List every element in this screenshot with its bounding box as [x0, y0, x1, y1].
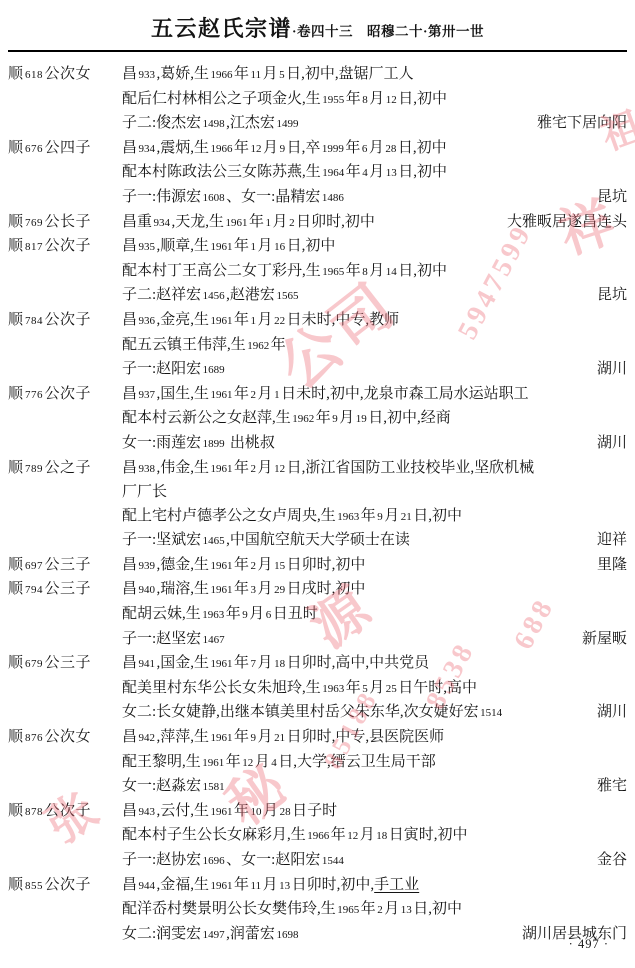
- entry-line: 女一:赵淼宏1581雅宅: [0, 775, 635, 800]
- reference-number: 1689: [201, 364, 226, 376]
- reference-number: 18: [375, 830, 389, 842]
- entry-line: 顺784公次子昌936,金亮,生1961年1月22日未时,中专,教师: [0, 309, 635, 334]
- reference-number: 12: [384, 94, 398, 106]
- residence-note: 大雅畈居遂昌连头: [507, 211, 627, 235]
- entry-line: 顺776公次子昌937,国生,生1961年2月1日未时,初中,龙泉市森工局水运站…: [0, 383, 635, 408]
- entry-label: 顺776公次子: [8, 383, 120, 408]
- entry-line: 配王黎明,生1961年12月4日,大学,缙云卫生局干部: [0, 751, 635, 776]
- reference-number: 22: [273, 315, 287, 327]
- entry-line: 顺769公长子昌重934,天龙,生1961年1月2日卯时,初中大雅畈居遂昌连头: [0, 211, 635, 236]
- entry-line: 配本村云新公之女赵萍,生1962年9月19日,初中,经商: [0, 407, 635, 432]
- page-number: · 497 ·: [569, 937, 609, 952]
- genealogy-entry: 顺876公次女昌942,萍萍,生1961年9月21日卯时,中专,县医院医师配王黎…: [0, 726, 635, 800]
- reference-number: 10: [249, 806, 263, 818]
- reference-number: 9: [249, 732, 258, 744]
- entry-text: 昌937,国生,生1961年2月1日未时,初中,龙泉市森工局水运站职工: [122, 386, 529, 402]
- reference-number: 28: [278, 806, 292, 818]
- reference-number: 12: [249, 143, 263, 155]
- reference-number: 1499: [275, 118, 300, 130]
- entry-text: 昌942,萍萍,生1961年9月21日卯时,中专,县医院医师: [122, 729, 444, 745]
- entry-label: 顺676公四子: [8, 137, 120, 162]
- entry-line: 顺794公三子昌940,瑞溶,生1961年3月29日戌时,初中: [0, 578, 635, 603]
- entry-line: 配美里村东华公长女朱旭玲,生1963年5月25日午时,高中: [0, 677, 635, 702]
- reference-number: 1961: [209, 560, 234, 572]
- entry-text: 子一:坚斌宏1465,中国航空航天大学硕士在读: [122, 532, 410, 548]
- reference-number: 1955: [321, 94, 346, 106]
- reference-number: 5: [278, 69, 287, 81]
- entry-line: 顺878公次子昌943,云付,生1961年10月28日子时: [0, 800, 635, 825]
- entry-line: 顺676公四子昌934,震炳,生1966年12月9日,卒1999年6月28日,初…: [0, 137, 635, 162]
- entry-label: 顺679公三子: [8, 652, 120, 677]
- reference-number: 943: [137, 806, 157, 818]
- reference-number: 1961: [201, 757, 226, 769]
- entry-line: 顺679公三子昌941,国金,生1961年7月18日卯时,高中,中共党员: [0, 652, 635, 677]
- entry-line: 配洋岙村樊景明公长女樊伟玲,生1965年2月13日,初中: [0, 898, 635, 923]
- genealogy-entry: 顺789公之子昌938,伟金,生1961年2月12日,浙江省国防工业技校毕业,坚…: [0, 457, 635, 554]
- entry-text: 厂厂长: [122, 484, 167, 500]
- entry-line: 配胡云妹,生1963年9月6日丑时: [0, 603, 635, 628]
- residence-note: 湖川: [597, 358, 627, 382]
- reference-number: 8: [361, 266, 370, 278]
- residence-note: 里隆: [597, 554, 627, 578]
- reference-number: 940: [137, 584, 157, 596]
- entry-line: 顺697公三子昌939,德金,生1961年2月15日卯时,初中里隆: [0, 554, 635, 579]
- entry-line: 子二:俊杰宏1498,江杰宏1499雅宅下居向阳: [0, 112, 635, 137]
- reference-number: 4: [270, 757, 279, 769]
- reference-number: 1465: [201, 535, 226, 547]
- entry-text: 昌936,金亮,生1961年1月22日未时,中专,教师: [122, 312, 399, 328]
- residence-note: 昆坑: [597, 186, 627, 210]
- entry-text: 女一:雨莲宏1899 出桃叔: [122, 435, 275, 451]
- page-title: 五云赵氏宗谱: [151, 16, 292, 41]
- entry-text: 子一:赵坚宏1467: [122, 631, 226, 647]
- reference-number: 1966: [306, 830, 331, 842]
- reference-number: 933: [137, 69, 157, 81]
- reference-number: 1965: [336, 904, 361, 916]
- reference-number: 878: [24, 806, 45, 818]
- reference-number: 936: [137, 315, 157, 327]
- reference-number: 618: [24, 69, 45, 81]
- reference-number: 7: [249, 658, 258, 670]
- reference-number: 1581: [201, 781, 226, 793]
- reference-number: 9: [241, 609, 250, 621]
- entry-text: 子二:俊杰宏1498,江杰宏1499: [122, 115, 300, 131]
- reference-number: 28: [384, 143, 398, 155]
- genealogy-entry: 顺776公次子昌937,国生,生1961年2月1日未时,初中,龙泉市森工局水运站…: [0, 383, 635, 457]
- entry-text: 昌944,金福,生1961年11月13日卯时,初中,手工业: [122, 877, 419, 893]
- reference-number: 942: [137, 732, 157, 744]
- genealogy-entry: 顺679公三子昌941,国金,生1961年7月18日卯时,高中,中共党员配美里村…: [0, 652, 635, 726]
- entry-label: 顺817公次子: [8, 235, 120, 260]
- entry-text: 昌934,震炳,生1966年12月9日,卒1999年6月28日,初中: [122, 140, 447, 156]
- residence-note: 迎祥: [597, 529, 627, 553]
- reference-number: 937: [137, 389, 157, 401]
- entry-line: 配上宅村卢德孝公之女卢周央,生1963年9月21日,初中: [0, 505, 635, 530]
- genealogy-entry: 顺697公三子昌939,德金,生1961年2月15日卯时,初中里隆: [0, 554, 635, 579]
- reference-number: 19: [354, 413, 368, 425]
- reference-number: 1544: [320, 855, 345, 867]
- reference-number: 938: [137, 463, 157, 475]
- entry-label: 顺618公次女: [8, 63, 120, 88]
- residence-note: 昆坑: [597, 284, 627, 308]
- entry-text: 配后仁村林相公之子项金火,生1955年8月12日,初中: [122, 91, 447, 107]
- reference-number: 11: [249, 69, 263, 81]
- reference-number: 1: [273, 389, 282, 401]
- entry-text: 子一:赵协宏1696、女一:赵阳宏1544: [122, 852, 345, 868]
- reference-number: 21: [399, 511, 413, 523]
- entry-label: 顺878公次子: [8, 800, 120, 825]
- reference-number: 1497: [201, 929, 226, 941]
- reference-number: 15: [273, 560, 287, 572]
- entry-line: 子二:赵祥宏1456,赵港宏1565昆坑: [0, 284, 635, 309]
- reference-number: 29: [273, 584, 287, 596]
- reference-number: 1456: [201, 290, 226, 302]
- entry-line: 配后仁村林相公之子项金火,生1955年8月12日,初中: [0, 88, 635, 113]
- reference-number: 794: [24, 584, 45, 596]
- entry-line: 子一:赵坚宏1467新屋畈: [0, 628, 635, 653]
- reference-number: 1961: [209, 880, 234, 892]
- entry-line: 顺876公次女昌942,萍萍,生1961年9月21日卯时,中专,县医院医师: [0, 726, 635, 751]
- reference-number: 934: [152, 217, 172, 229]
- reference-number: 1696: [201, 855, 226, 867]
- entry-text: 昌943,云付,生1961年10月28日子时: [122, 803, 337, 819]
- reference-number: 2: [249, 389, 258, 401]
- reference-number: 697: [24, 560, 45, 572]
- entry-line: 顺817公次子昌935,顺章,生1961年1月16日,初中: [0, 235, 635, 260]
- residence-note: 雅宅: [597, 775, 627, 799]
- reference-number: 9: [376, 511, 385, 523]
- entry-text: 配洋岙村樊景明公长女樊伟玲,生1965年2月13日,初中: [122, 901, 462, 917]
- reference-number: 1962: [291, 413, 316, 425]
- reference-number: 4: [361, 167, 370, 179]
- page-header: 五云赵氏宗谱·卷四十三 昭穆二十·第卅一世: [0, 0, 635, 43]
- reference-number: 1608: [201, 192, 226, 204]
- reference-number: 1963: [321, 683, 346, 695]
- reference-number: 1467: [201, 634, 226, 646]
- reference-number: 2: [249, 463, 258, 475]
- entry-text: 子二:赵祥宏1456,赵港宏1565: [122, 287, 300, 303]
- reference-number: 1963: [336, 511, 361, 523]
- reference-number: 13: [384, 167, 398, 179]
- reference-number: 855: [24, 880, 45, 892]
- reference-number: 1966: [209, 143, 234, 155]
- entry-line: 女二:润雯宏1497,润蕾宏1698湖川居县城东门: [0, 923, 635, 948]
- reference-number: 16: [273, 241, 287, 253]
- reference-number: 939: [137, 560, 157, 572]
- genealogy-entry: 顺769公长子昌重934,天龙,生1961年1月2日卯时,初中大雅畈居遂昌连头: [0, 211, 635, 236]
- entry-text: 配美里村东华公长女朱旭玲,生1963年5月25日午时,高中: [122, 680, 477, 696]
- reference-number: 12: [273, 463, 287, 475]
- entry-text: 配本村陈政法公三女陈苏燕,生1964年4月13日,初中: [122, 164, 447, 180]
- residence-note: 新屋畈: [582, 628, 627, 652]
- genealogy-entry: 顺855公次子昌944,金福,生1961年11月13日卯时,初中,手工业配洋岙村…: [0, 874, 635, 948]
- entry-line: 顺789公之子昌938,伟金,生1961年2月12日,浙江省国防工业技校毕业,坚…: [0, 457, 635, 482]
- entry-text: 女二:长女婕静,出继本镇美里村岳父朱东华,次女婕好宏1514: [122, 704, 504, 720]
- entry-text: 子一:赵阳宏1689: [122, 361, 226, 377]
- entry-line: 顺855公次子昌944,金福,生1961年11月13日卯时,初中,手工业: [0, 874, 635, 899]
- reference-number: 776: [24, 389, 45, 401]
- reference-number: 13: [399, 904, 413, 916]
- reference-number: 876: [24, 732, 45, 744]
- reference-number: 679: [24, 658, 45, 670]
- reference-number: 817: [24, 241, 45, 253]
- entry-line: 女二:长女婕静,出继本镇美里村岳父朱东华,次女婕好宏1514湖川: [0, 701, 635, 726]
- entry-text: 子一:伟源宏1608、女一:晶精宏1486: [122, 189, 345, 205]
- reference-number: 1: [249, 241, 258, 253]
- entry-label: 顺697公三子: [8, 554, 120, 579]
- entry-line: 厂厂长: [0, 481, 635, 505]
- reference-number: 6: [360, 143, 369, 155]
- entry-text: 配本村丁王高公二女丁彩丹,生1965年8月14日,初中: [122, 263, 447, 279]
- reference-number: 11: [249, 880, 263, 892]
- entry-text: 昌933,葛娇,生1966年11月5日,初中,盘锯厂工人: [122, 66, 414, 82]
- entry-text: 昌939,德金,生1961年2月15日卯时,初中: [122, 557, 365, 573]
- reference-number: 1964: [321, 167, 346, 179]
- genealogy-page: 五云赵氏宗谱·卷四十三 昭穆二十·第卅一世 顺618公次女昌933,葛娇,生19…: [0, 0, 635, 968]
- entry-label: 顺855公次子: [8, 874, 120, 899]
- reference-number: 1514: [479, 707, 504, 719]
- entry-list: 顺618公次女昌933,葛娇,生1966年11月5日,初中,盘锯厂工人配后仁村林…: [0, 52, 635, 947]
- entry-text: 配本村云新公之女赵萍,生1962年9月19日,初中,经商: [122, 410, 451, 426]
- entry-text: 女一:赵淼宏1581: [122, 778, 226, 794]
- reference-number: 1961: [209, 732, 234, 744]
- entry-text: 昌940,瑞溶,生1961年3月29日戌时,初中: [122, 581, 365, 597]
- reference-number: 1999: [320, 143, 345, 155]
- reference-number: 12: [346, 830, 360, 842]
- entry-text: 昌938,伟金,生1961年2月12日,浙江省国防工业技校毕业,坚欣机械: [122, 460, 534, 476]
- genealogy-entry: 顺817公次子昌935,顺章,生1961年1月16日,初中配本村丁王高公二女丁彩…: [0, 235, 635, 309]
- entry-label: 顺784公次子: [8, 309, 120, 334]
- entry-line: 子一:赵协宏1696、女一:赵阳宏1544金谷: [0, 849, 635, 874]
- entry-text: 配胡云妹,生1963年9月6日丑时: [122, 606, 318, 622]
- entry-label: 顺876公次女: [8, 726, 120, 751]
- reference-number: 2: [288, 217, 297, 229]
- reference-number: 1698: [275, 929, 300, 941]
- reference-number: 13: [278, 880, 292, 892]
- reference-number: 3: [249, 584, 258, 596]
- reference-number: 1: [264, 217, 273, 229]
- reference-number: 784: [24, 315, 45, 327]
- reference-number: 1961: [209, 806, 234, 818]
- reference-number: 1961: [224, 217, 249, 229]
- underlined-term: 手工业: [374, 877, 419, 893]
- genealogy-entry: 顺784公次子昌936,金亮,生1961年1月22日未时,中专,教师配五云镇王伟…: [0, 309, 635, 383]
- reference-number: 12: [241, 757, 255, 769]
- residence-note: 金谷: [597, 849, 627, 873]
- reference-number: 1: [249, 315, 258, 327]
- residence-note: 湖川: [597, 432, 627, 456]
- reference-number: 6: [264, 609, 273, 621]
- genealogy-entry: 顺878公次子昌943,云付,生1961年10月28日子时配本村子生公长女麻彩月…: [0, 800, 635, 874]
- reference-number: 1961: [209, 584, 234, 596]
- residence-note: 雅宅下居向阳: [537, 112, 627, 136]
- reference-number: 1498: [201, 118, 226, 130]
- reference-number: 1961: [209, 463, 234, 475]
- page-subtitle: ·卷四十三 昭穆二十·第卅一世: [292, 24, 484, 39]
- reference-number: 944: [137, 880, 157, 892]
- entry-line: 女一:雨莲宏1899 出桃叔湖川: [0, 432, 635, 457]
- entry-text: 女二:润雯宏1497,润蕾宏1698: [122, 926, 300, 942]
- entry-label: 顺769公长子: [8, 211, 120, 236]
- entry-label: 顺794公三子: [8, 578, 120, 603]
- entry-line: 子一:伟源宏1608、女一:晶精宏1486昆坑: [0, 186, 635, 211]
- reference-number: 14: [384, 266, 398, 278]
- reference-number: 1961: [209, 315, 234, 327]
- reference-number: 941: [137, 658, 157, 670]
- reference-number: 1565: [275, 290, 300, 302]
- entry-text: 配本村子生公长女麻彩月,生1966年12月18日寅时,初中: [122, 827, 468, 843]
- reference-number: 1486: [320, 192, 345, 204]
- reference-number: 5: [361, 683, 370, 695]
- entry-line: 顺618公次女昌933,葛娇,生1966年11月5日,初中,盘锯厂工人: [0, 63, 635, 88]
- reference-number: 9: [331, 413, 340, 425]
- genealogy-entry: 顺676公四子昌934,震炳,生1966年12月9日,卒1999年6月28日,初…: [0, 137, 635, 211]
- reference-number: 789: [24, 463, 45, 475]
- genealogy-entry: 顺794公三子昌940,瑞溶,生1961年3月29日戌时,初中配胡云妹,生196…: [0, 578, 635, 652]
- reference-number: 1963: [201, 609, 226, 621]
- reference-number: 769: [24, 217, 45, 229]
- genealogy-entry: 顺618公次女昌933,葛娇,生1966年11月5日,初中,盘锯厂工人配后仁村林…: [0, 63, 635, 137]
- entry-text: 昌935,顺章,生1961年1月16日,初中: [122, 238, 335, 254]
- entry-text: 昌941,国金,生1961年7月18日卯时,高中,中共党员: [122, 655, 429, 671]
- entry-text: 配王黎明,生1961年12月4日,大学,缙云卫生局干部: [122, 754, 436, 770]
- reference-number: 676: [24, 143, 45, 155]
- reference-number: 1965: [321, 266, 346, 278]
- reference-number: 8: [361, 94, 370, 106]
- entry-line: 子一:赵阳宏1689湖川: [0, 358, 635, 383]
- entry-line: 配本村丁王高公二女丁彩丹,生1965年8月14日,初中: [0, 260, 635, 285]
- reference-number: 9: [278, 143, 287, 155]
- reference-number: 2: [249, 560, 258, 572]
- reference-number: 18: [273, 658, 287, 670]
- reference-number: 25: [384, 683, 398, 695]
- reference-number: 935: [137, 241, 157, 253]
- residence-note: 湖川: [597, 701, 627, 725]
- entry-text: 配上宅村卢德孝公之女卢周央,生1963年9月21日,初中: [122, 508, 462, 524]
- reference-number: 1961: [209, 389, 234, 401]
- reference-number: 1966: [209, 69, 234, 81]
- reference-number: 1961: [209, 658, 234, 670]
- reference-number: 1961: [209, 241, 234, 253]
- entry-text: 配五云镇王伟萍,生1962年: [122, 337, 286, 353]
- reference-number: 2: [376, 904, 385, 916]
- reference-number: 934: [137, 143, 157, 155]
- reference-number: 1962: [246, 340, 271, 352]
- reference-number: 1899: [201, 438, 226, 450]
- entry-line: 配本村陈政法公三女陈苏燕,生1964年4月13日,初中: [0, 161, 635, 186]
- reference-number: 21: [273, 732, 287, 744]
- entry-label: 顺789公之子: [8, 457, 120, 482]
- entry-text: 昌重934,天龙,生1961年1月2日卯时,初中: [122, 214, 375, 230]
- entry-line: 配五云镇王伟萍,生1962年: [0, 334, 635, 359]
- entry-line: 子一:坚斌宏1465,中国航空航天大学硕士在读迎祥: [0, 529, 635, 554]
- entry-line: 配本村子生公长女麻彩月,生1966年12月18日寅时,初中: [0, 824, 635, 849]
